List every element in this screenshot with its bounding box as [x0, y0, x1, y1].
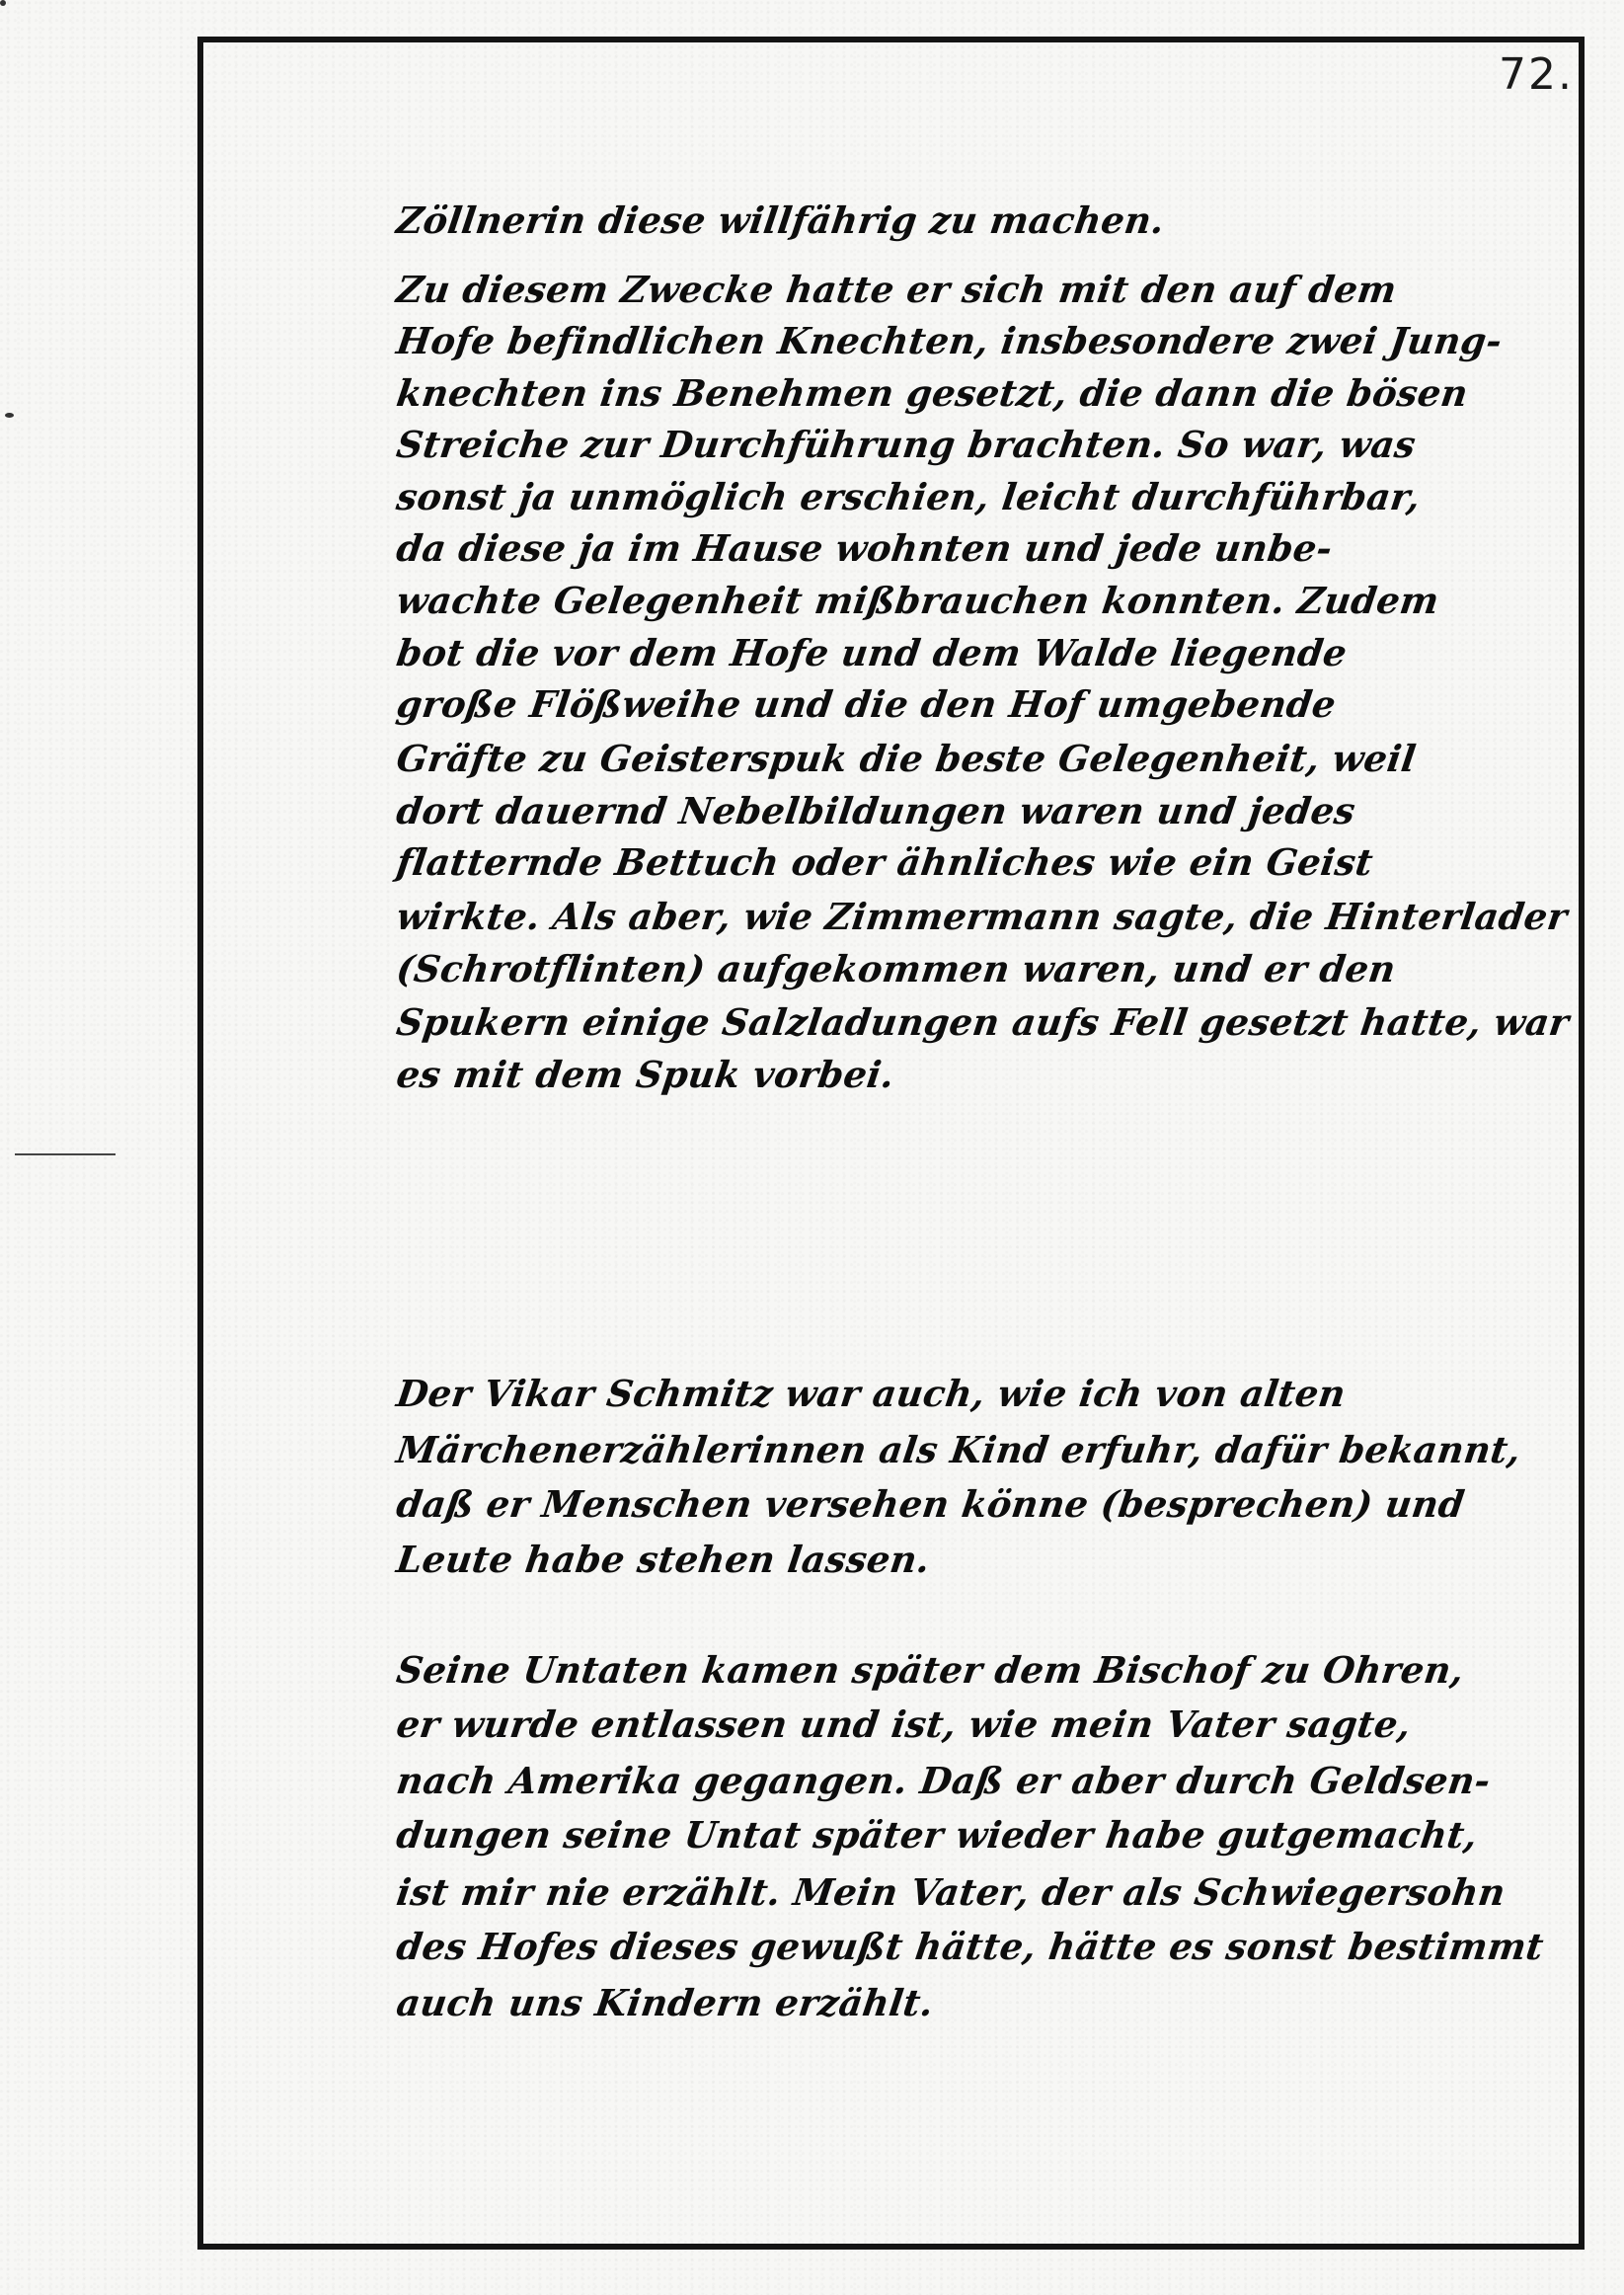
text-line: da diese ja im Hause wohnten und jede un…	[394, 525, 1336, 571]
text-line: wachte Gelegenheit mißbrauchen konnten. …	[394, 578, 1442, 623]
text-line: Spukern einige Salzladungen aufs Fell ge…	[394, 999, 1572, 1045]
text-line: Zöllnerin diese willfährig zu machen.	[394, 198, 1168, 243]
text-line: Hofe befindlichen Knechten, insbesondere…	[394, 318, 1506, 363]
text-line: dort dauernd Nebelbildungen waren und je…	[394, 788, 1358, 833]
text-line: Märchenerzählerinnen als Kind erfuhr, da…	[394, 1427, 1524, 1472]
page-number: 72.	[1499, 49, 1574, 100]
text-line: daß er Menschen versehen könne (besprech…	[394, 1481, 1468, 1527]
text-line: Seine Untaten kamen später dem Bischof z…	[394, 1647, 1467, 1693]
text-line: bot die vor dem Hofe und dem Walde liege…	[394, 630, 1350, 675]
text-line: auch uns Kindern erzählt.	[394, 1980, 937, 2025]
text-line: es mit dem Spuk vorbei.	[394, 1052, 897, 1097]
scan-speck	[0, 0, 6, 6]
text-line: dungen seine Untat später wieder habe gu…	[394, 1812, 1481, 1858]
page-border-frame	[197, 37, 1585, 2250]
text-line: ist mir nie erzählt. Mein Vater, der als…	[394, 1869, 1508, 1915]
text-line: wirkte. Als aber, wie Zimmermann sagte, …	[394, 894, 1571, 939]
text-line: Der Vikar Schmitz war auch, wie ich von …	[394, 1371, 1349, 1416]
text-line: Leute habe stehen lassen.	[394, 1537, 933, 1582]
text-line: (Schrotflinten) aufgekommen waren, und e…	[394, 946, 1399, 991]
text-line: Gräfte zu Geisterspuk die beste Gelegenh…	[394, 736, 1419, 781]
text-line: sonst ja unmöglich erschien, leicht durc…	[394, 474, 1424, 519]
text-line: Zu diesem Zwecke hatte er sich mit den a…	[394, 267, 1400, 312]
text-line: nach Amerika gegangen. Daß er aber durch…	[394, 1758, 1494, 1803]
text-line: des Hofes dieses gewußt hätte, hätte es …	[394, 1924, 1547, 1969]
margin-line-mark	[15, 1153, 116, 1155]
text-line: er wurde entlassen und ist, wie mein Vat…	[394, 1701, 1414, 1747]
text-line: flatternde Bettuch oder ähnliches wie ei…	[394, 839, 1376, 885]
text-line: Streiche zur Durchführung brachten. So w…	[394, 422, 1419, 467]
margin-speck	[5, 413, 14, 418]
text-line: knechten ins Benehmen gesetzt, die dann …	[394, 370, 1471, 416]
text-line: große Flößweihe und die den Hof umgebend…	[394, 681, 1339, 727]
